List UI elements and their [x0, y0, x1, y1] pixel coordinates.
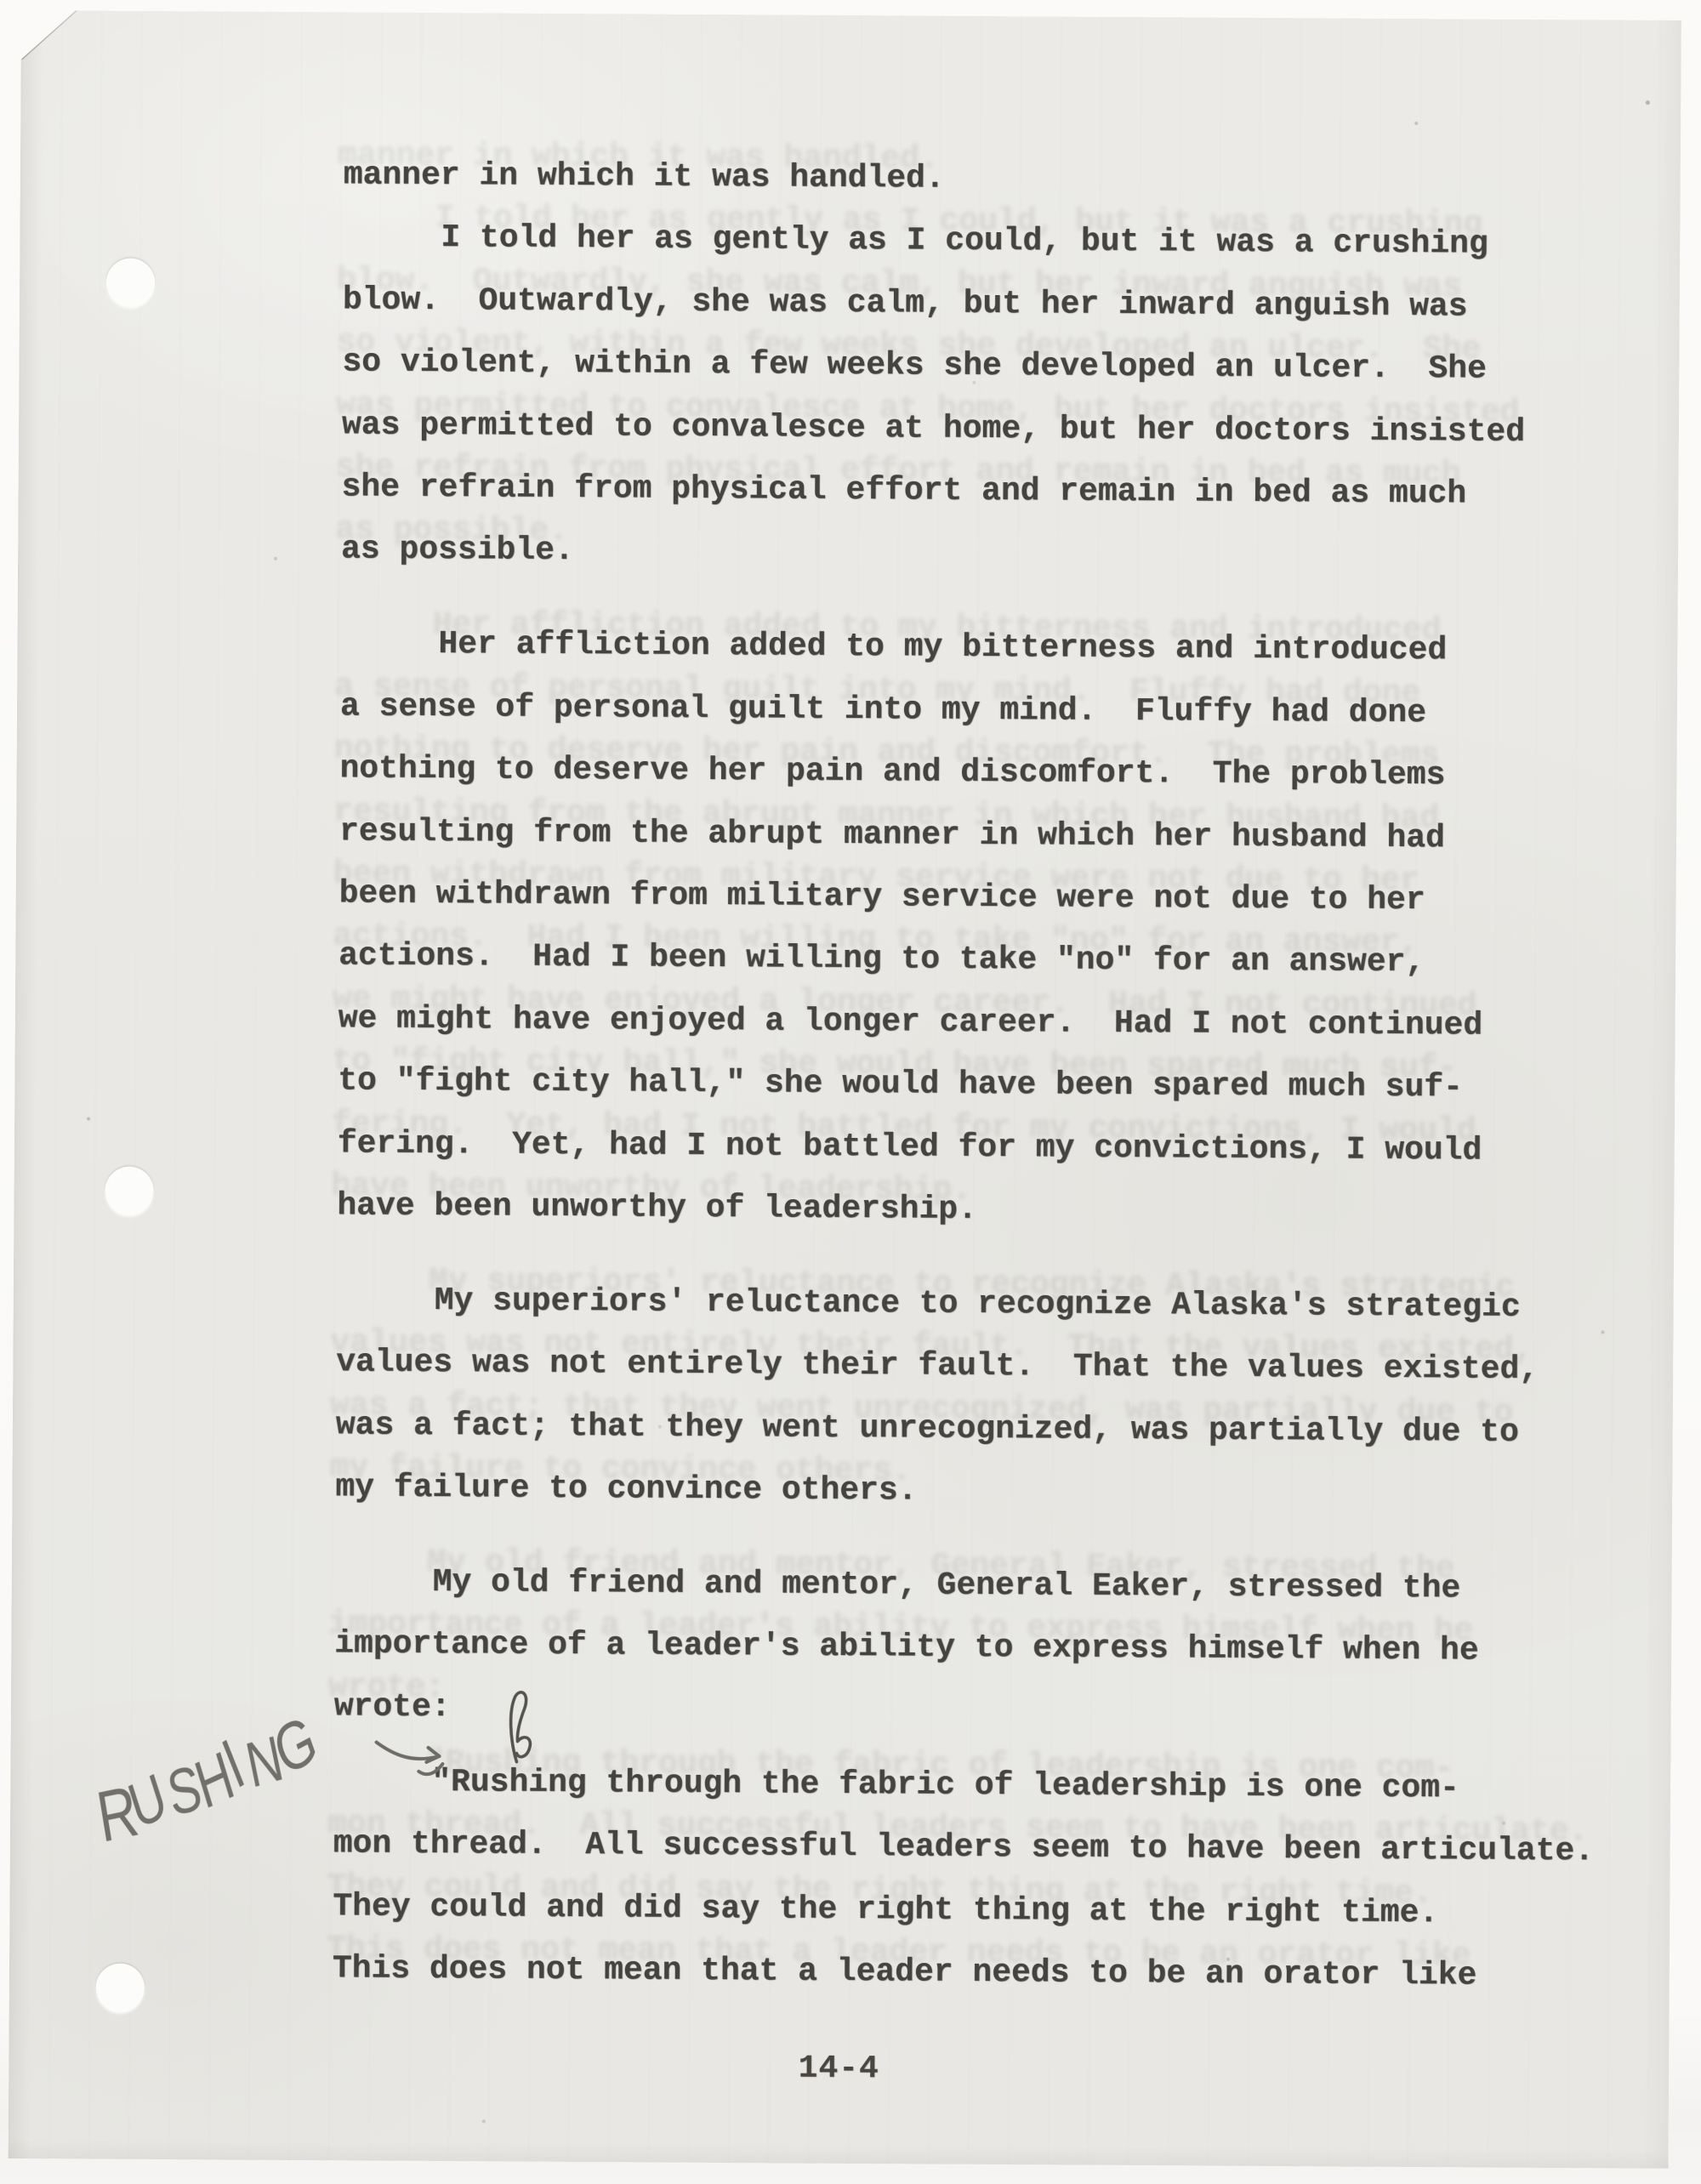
typed-line: my failure to convince others. [335, 1456, 1636, 1527]
paper-sheet: manner in which it was handled.I told he… [9, 10, 1681, 2169]
overwrite-letter-annotation [503, 1691, 542, 1769]
dust-specks [21, 10, 23, 12]
typed-line: have been unworthy of leadership. [337, 1174, 1638, 1245]
scan-background: manner in which it was handled.I told he… [0, 0, 1701, 2184]
typed-line: This does not mean that a leader needs t… [333, 1937, 1634, 2008]
typed-line: as possible. [341, 519, 1642, 589]
hole-punch-middle [105, 1167, 153, 1215]
page-number: 14-4 [9, 2033, 1669, 2105]
margin-annotation-rushing: RUSHING [90, 1705, 327, 1859]
annotation-arrow-icon [371, 1720, 456, 1789]
hole-punch-top [106, 259, 155, 307]
corner-fold-crease-line [21, 9, 77, 60]
hole-punch-bottom [96, 1964, 145, 2012]
